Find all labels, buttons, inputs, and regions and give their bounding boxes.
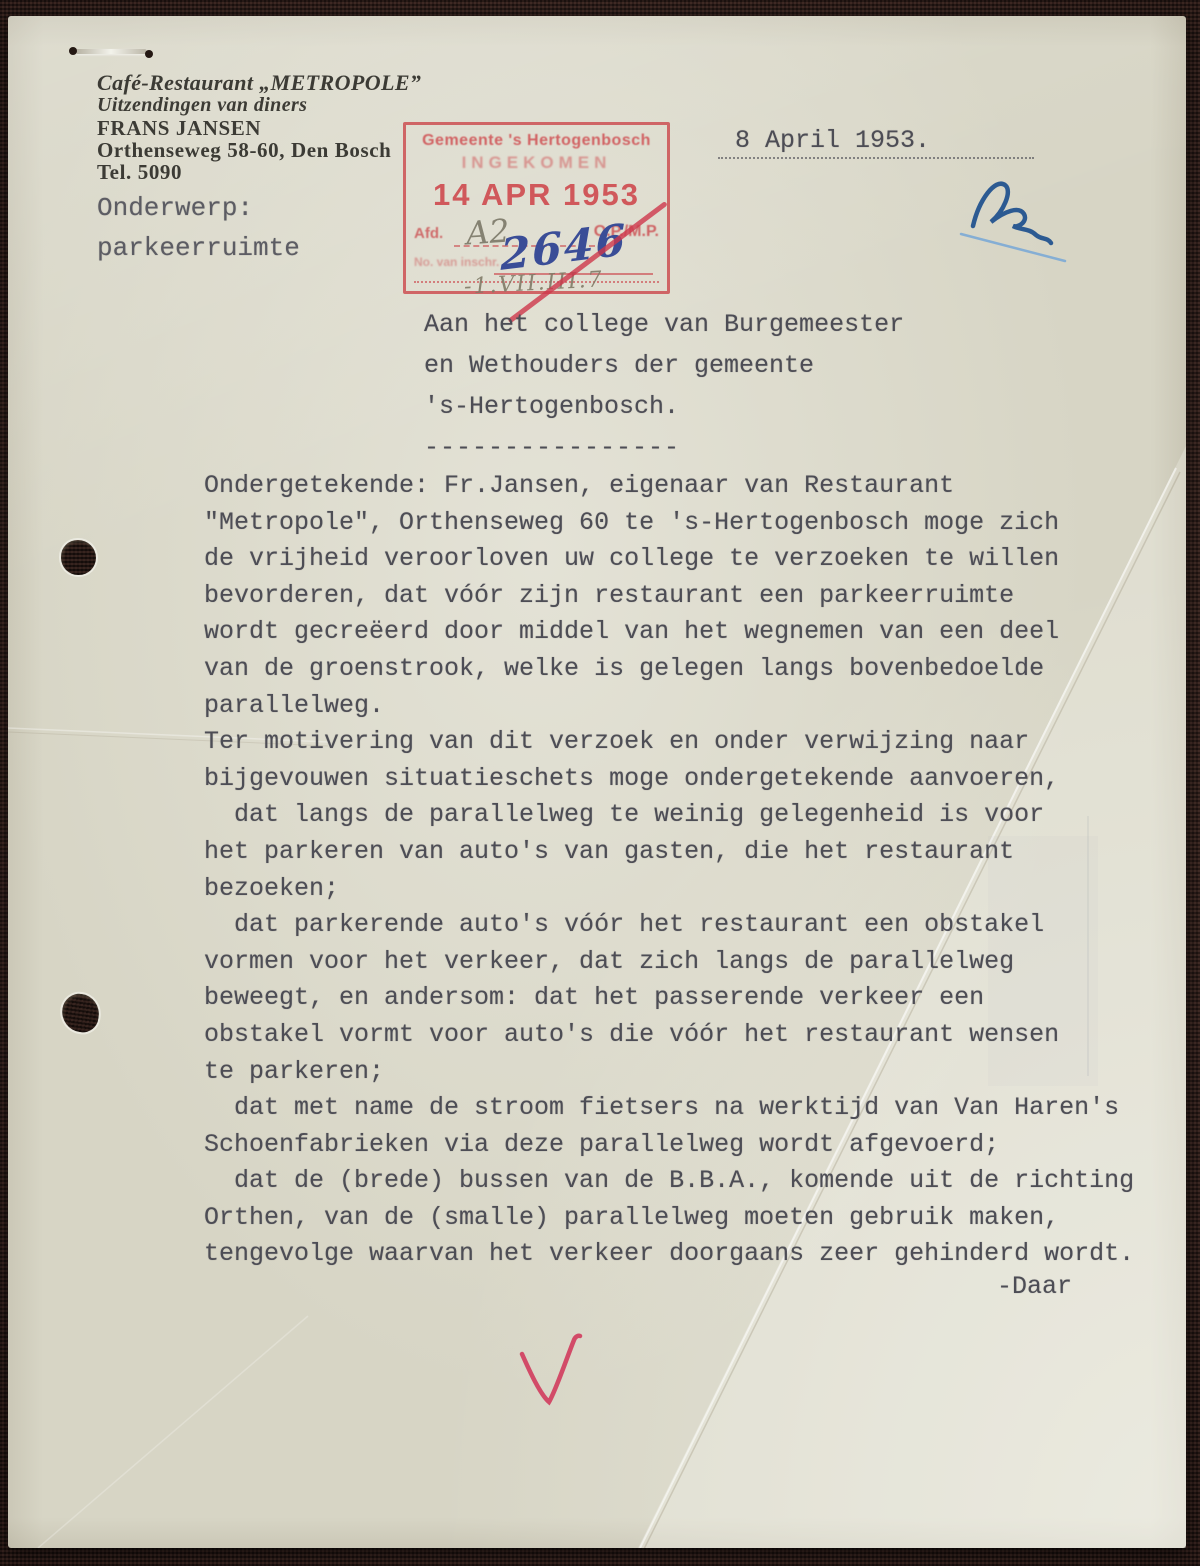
body-line: Orthen, van de (smalle) parallelweg moet… — [204, 1200, 1134, 1237]
body-line: Schoenfabrieken via deze parallelweg wor… — [204, 1127, 1134, 1164]
stamp-number-label: No. van inschr. — [414, 255, 499, 269]
body-line: tengevolge waarvan het verkeer doorgaans… — [204, 1236, 1134, 1273]
staple-hole-right — [145, 50, 153, 58]
body-line: bijgevouwen situatieschets moge onderget… — [204, 761, 1134, 798]
stamp-received-word: INGEKOMEN — [406, 153, 667, 173]
stamp-dept-label: Afd. — [414, 225, 443, 242]
addressee-block: Aan het college van Burgemeesteren Wetho… — [424, 304, 904, 468]
staple-hole-left — [69, 47, 77, 55]
red-checkmark — [508, 1328, 598, 1428]
body-line: de vrijheid veroorloven uw college te ve… — [204, 541, 1134, 578]
scanned-letter-photo: { "document_type": "typewritten letter, … — [0, 0, 1200, 1566]
body-line: bevorderen, dat vóór zijn restaurant een… — [204, 578, 1134, 615]
letterhead: Café-Restaurant „METROPOLE” Uitzendingen… — [97, 71, 421, 183]
punch-hole-top — [61, 540, 96, 575]
body-line: vormen voor het verkeer, dat zich langs … — [204, 944, 1134, 981]
letterhead-business-name: Café-Restaurant „METROPOLE” — [97, 71, 421, 94]
subject-label: Onderwerp: — [97, 193, 253, 223]
body-line: wordt gecreëerd door middel van het wegn… — [204, 614, 1134, 651]
subject-value: parkeerruimte — [97, 233, 300, 263]
addressee-line2: en Wethouders der gemeente — [424, 351, 814, 380]
body-line: dat de (brede) bussen van de B.B.A., kom… — [204, 1163, 1134, 1200]
body-line: "Metropole", Orthenseweg 60 te 's-Hertog… — [204, 505, 1134, 542]
body-line: obstakel vormt voor auto's die vóór het … — [204, 1017, 1134, 1054]
body-line: het parkeren van auto's van gasten, die … — [204, 834, 1134, 871]
stamp-municipality: Gemeente 's Hertogenbosch — [406, 132, 667, 150]
stamp-date: 14 APR 1953 — [406, 177, 667, 213]
body-line: bezoeken; — [204, 871, 1134, 908]
letter-date: 8 April 1953. — [735, 126, 930, 155]
handwritten-dossier-number: -1.VII.III.7 — [463, 267, 604, 299]
body-line: Ter motivering van dit verzoek en onder … — [204, 724, 1134, 761]
letterhead-phone: Tel. 5090 — [97, 161, 421, 183]
staple-mark — [67, 38, 155, 64]
body-line: dat parkerende auto's vóór het restauran… — [204, 907, 1134, 944]
body-line: beweegt, en andersom: dat het passerende… — [204, 980, 1134, 1017]
addressee-line1: Aan het college van Burgemeester — [424, 310, 904, 339]
letter-paper: Café-Restaurant „METROPOLE” Uitzendingen… — [8, 16, 1186, 1548]
letterhead-tagline: Uitzendingen van diners — [97, 94, 421, 117]
letter-body: Ondergetekende: Fr.Jansen, eigenaar van … — [204, 468, 1134, 1273]
catchword: -Daar — [997, 1272, 1072, 1301]
letterhead-address: Orthenseweg 58-60, Den Bosch — [97, 139, 421, 161]
body-line: dat met name de stroom fietsers na werkt… — [204, 1090, 1134, 1127]
municipal-received-stamp: Gemeente 's Hertogenbosch INGEKOMEN 14 A… — [403, 122, 670, 294]
addressee-underline: ---------------- — [424, 433, 680, 462]
body-line: dat langs de parallelweg te weinig geleg… — [204, 797, 1134, 834]
blue-paraph-mark — [923, 164, 1073, 274]
date-dotted-underline — [718, 157, 1034, 159]
staple-indent — [75, 49, 147, 54]
punch-hole-bottom — [60, 992, 102, 1035]
body-line: parallelweg. — [204, 688, 1134, 725]
body-line: Ondergetekende: Fr.Jansen, eigenaar van … — [204, 468, 1134, 505]
body-line: te parkeren; — [204, 1054, 1134, 1091]
addressee-line3: 's-Hertogenbosch. — [424, 392, 679, 421]
body-line: van de groenstrook, welke is gelegen lan… — [204, 651, 1134, 688]
subject-block: Onderwerp:parkeerruimte — [97, 188, 300, 268]
letterhead-owner-name: FRANS JANSEN — [97, 117, 421, 139]
